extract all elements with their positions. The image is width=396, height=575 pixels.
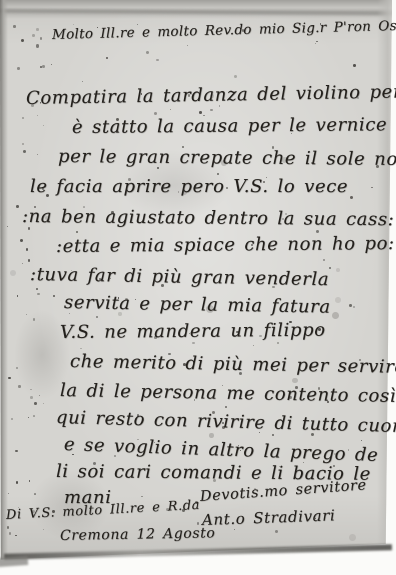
body-line: per le gran crepate che il sole non xyxy=(58,146,396,170)
body-line: V.S. ne mandera un filippo xyxy=(60,320,326,343)
body-line: :etta e mia spiace che non ho po: xyxy=(56,233,395,257)
manuscript-photo: Molto Ill.re e molto Rev.do mio Sig.r P'… xyxy=(0,0,396,575)
dateline: Cremona 12 Agosto xyxy=(60,525,216,544)
paper-top-edge xyxy=(0,0,392,19)
body-line: :na ben agiustato dentro la sua cass: xyxy=(22,206,395,230)
paper-top-crease xyxy=(0,9,392,16)
body-line: è statto la causa per le vernice xyxy=(72,114,387,138)
body-line: le facia aprire pero V.S. lo vece xyxy=(30,176,348,197)
paper-left-edge xyxy=(0,0,8,560)
